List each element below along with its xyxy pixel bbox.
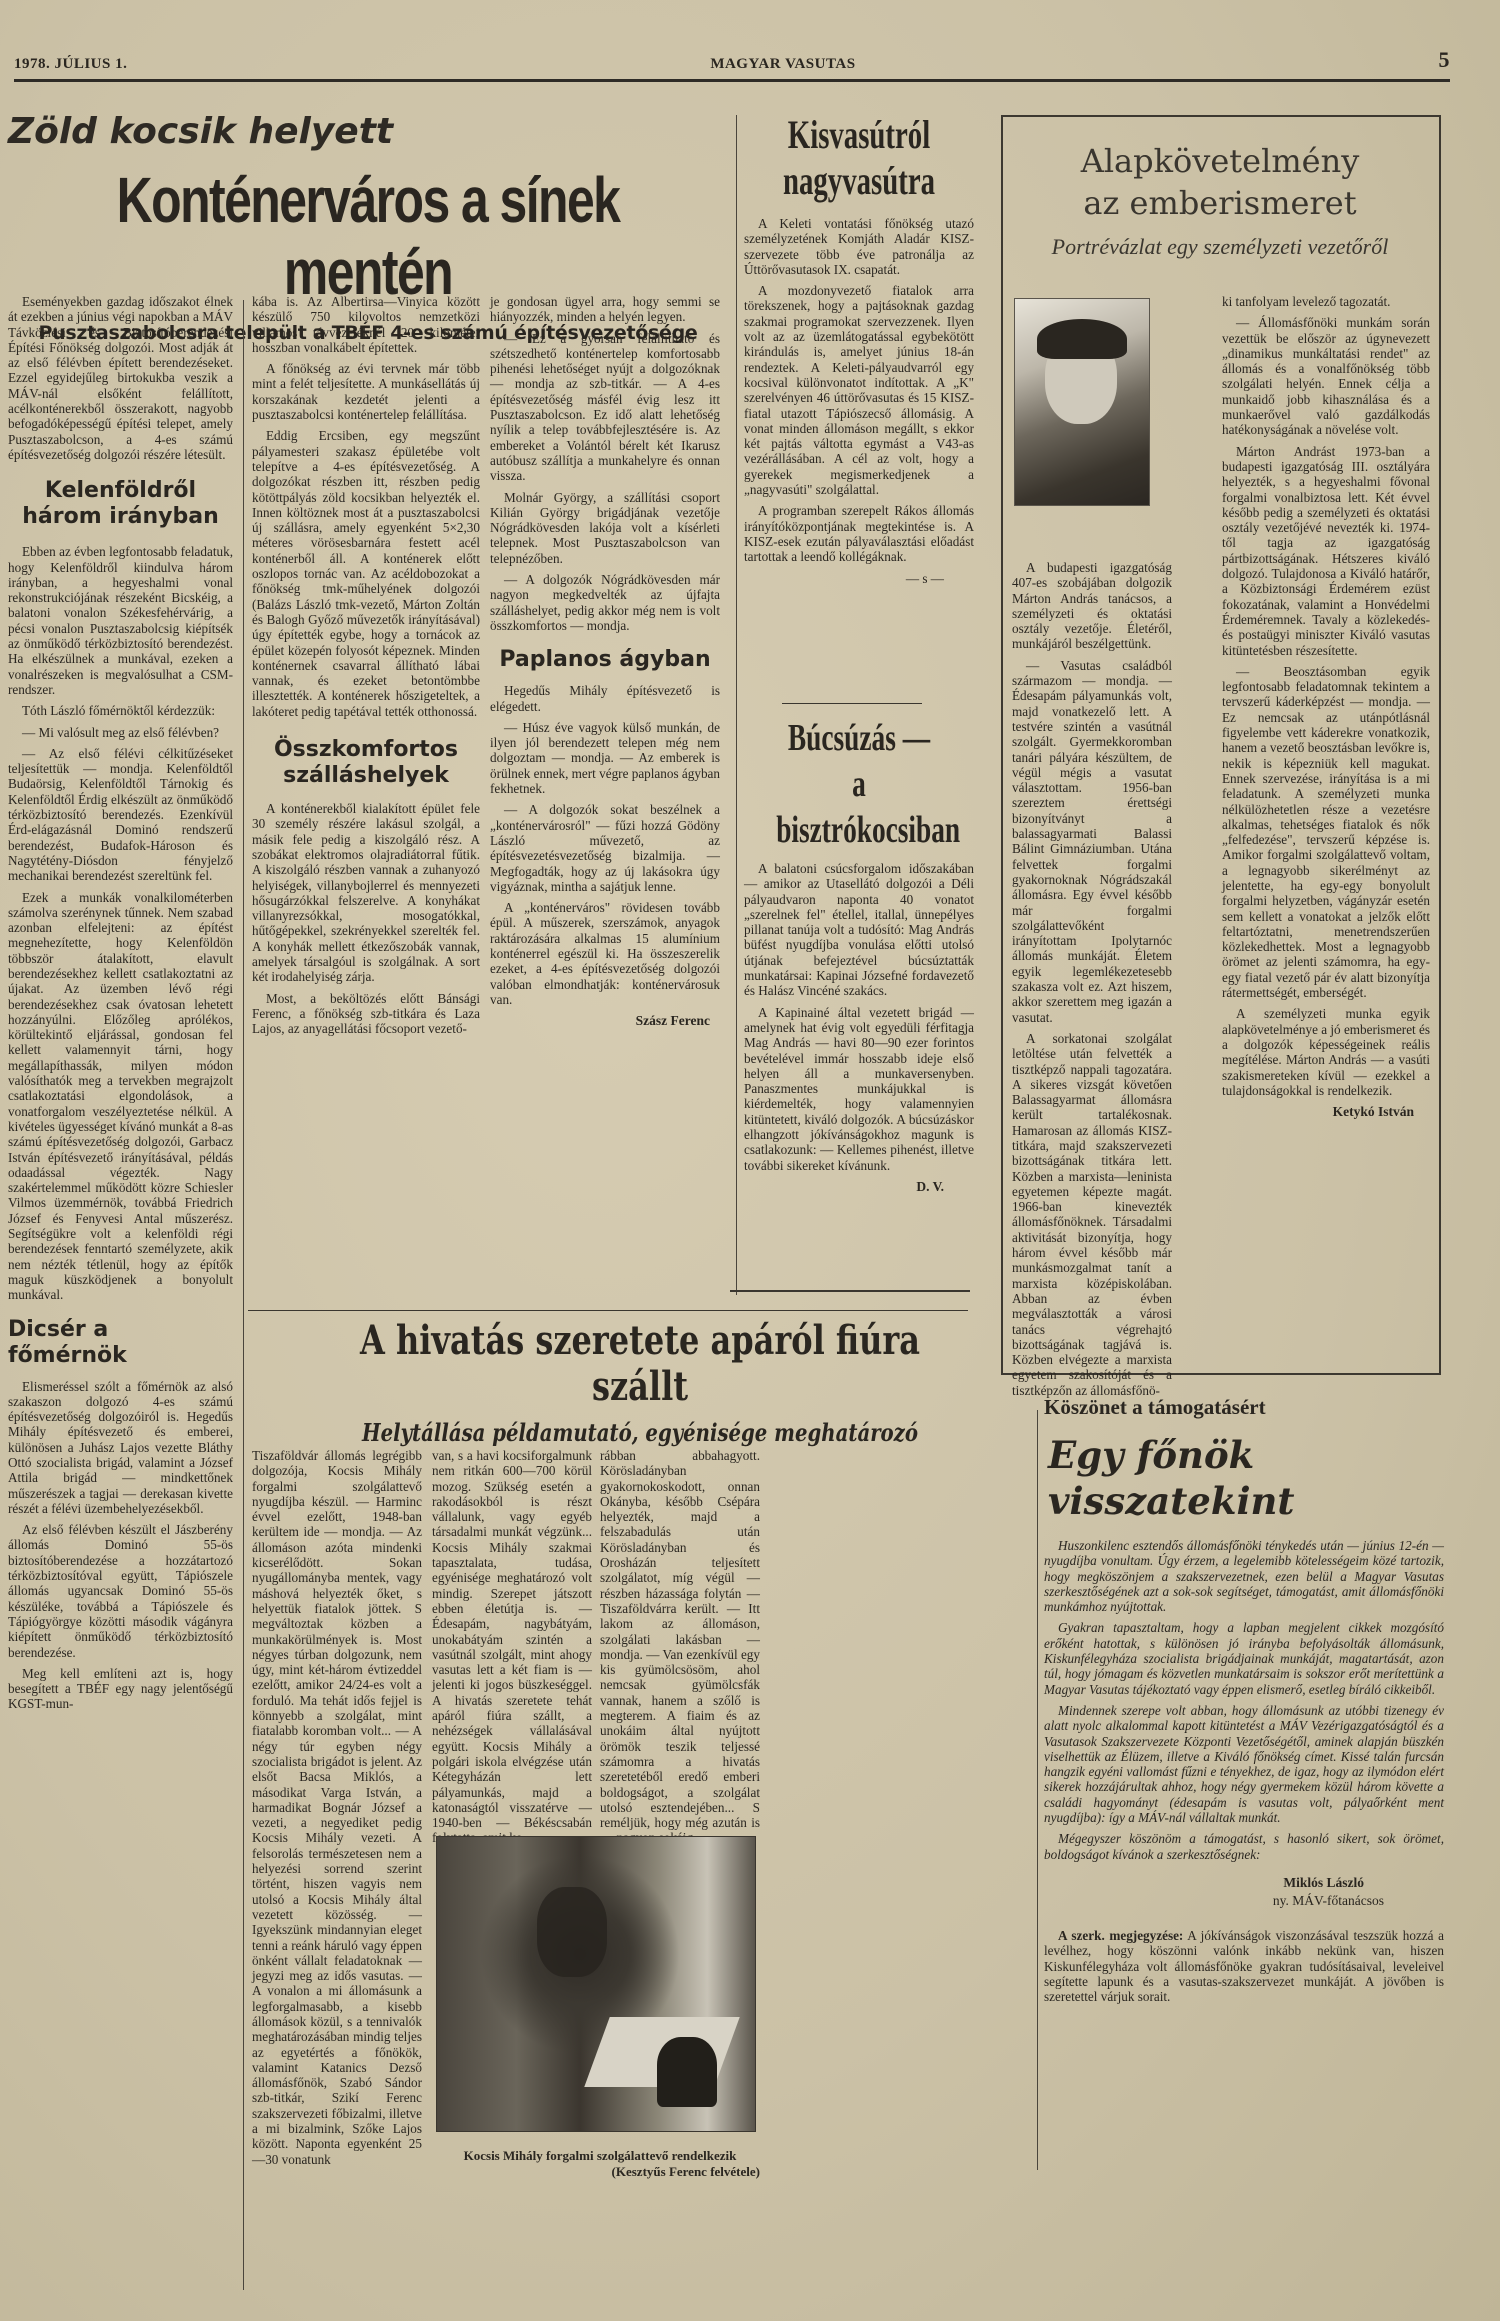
page-number: 5 bbox=[1439, 47, 1451, 73]
headline-line: Kisvasútról bbox=[776, 112, 942, 158]
portrait-hair bbox=[1037, 319, 1127, 359]
paragraph: ki tanfolyam levelező tagozatát. bbox=[1222, 294, 1430, 309]
issue-date: 1978. JÚLIUS 1. bbox=[14, 56, 127, 73]
paragraph: Tiszaföldvár állomás legrégibb dolgozója… bbox=[252, 1448, 422, 2167]
article5-column-2: van, s a havi kocsiforgalmunk nem ritkán… bbox=[432, 1448, 592, 1852]
paragraph: A Keleti vontatási főnökség utazó személ… bbox=[744, 216, 974, 277]
masthead: 1978. JÚLIUS 1. MAGYAR VASUTAS 5 bbox=[14, 52, 1450, 82]
paragraph: A főnökség az évi tervnek már több mint … bbox=[252, 361, 480, 422]
paragraph: A programban szerepelt Rákos állomás irá… bbox=[744, 503, 974, 564]
paragraph: — Ez a gyorsan felállítható és szétszedh… bbox=[490, 331, 720, 484]
article-egy-fonok: Köszönet a támogatásért Egy főnök vissza… bbox=[1044, 1395, 1444, 2010]
caption-text: Kocsis Mihály forgalmi szolgálattevő ren… bbox=[440, 2148, 760, 2164]
article4-column-b: ki tanfolyam levelező tagozatát. — Állom… bbox=[1222, 294, 1430, 1119]
paragraph: — A dolgozók Nógrádkövesden már nagyon m… bbox=[490, 572, 720, 633]
headline-line: a bisztrókocsiban bbox=[776, 761, 942, 853]
section-heading: Paplanos ágyban bbox=[490, 647, 720, 673]
paragraph: Huszonkilenc esztendős állomásfőnöki tén… bbox=[1044, 1538, 1444, 1614]
paragraph: A budapesti igazgatóság 407-es szobájába… bbox=[1012, 560, 1172, 652]
kicker: Zöld kocsik helyett bbox=[8, 112, 728, 152]
article1-column-2: kába is. Az Albertirsa—Vinyica között ké… bbox=[252, 294, 480, 1042]
paragraph: Eddig Ercsiben, egy megszűnt pályamester… bbox=[252, 428, 480, 719]
paragraph: kába is. Az Albertirsa—Vinyica között ké… bbox=[252, 294, 480, 355]
newspaper-page: 1978. JÚLIUS 1. MAGYAR VASUTAS 5 Zöld ko… bbox=[0, 0, 1500, 2321]
article5-column-1: Tiszaföldvár állomás legrégibb dolgozója… bbox=[252, 1448, 422, 2173]
paragraph: A konténerekből kialakított épület fele … bbox=[252, 801, 480, 985]
headline-line: az emberismeret bbox=[1010, 182, 1430, 224]
author-name: Miklós László bbox=[1044, 1874, 1364, 1892]
headline-line: Alapkövetelmény bbox=[1010, 140, 1430, 182]
byline: D. V. bbox=[744, 1179, 944, 1194]
paragraph: Eseményekben gazdag időszakot élnek át e… bbox=[8, 294, 233, 462]
section-heading: Összkomfortos szálláshelyek bbox=[252, 737, 480, 789]
paragraph: Gyakran tapasztaltam, hogy a lapban megj… bbox=[1044, 1620, 1444, 1696]
paragraph: A mozdonyvezető fiatalok arra törekszene… bbox=[744, 283, 974, 497]
article4-column-a: A budapesti igazgatóság 407-es szobájába… bbox=[1012, 560, 1172, 1404]
paragraph: Ezek a munkák vonalkilométerben számolva… bbox=[8, 890, 233, 1303]
paragraph: — Állomásfőnöki munkám során vezettük be… bbox=[1222, 315, 1430, 437]
article-body: A balatoni csúcsforgalom időszakában — a… bbox=[744, 861, 974, 1194]
article5-column-3: rábban abbahagyott. Körösladányban gyako… bbox=[600, 1448, 760, 1867]
subheadline: Helytállása példamutató, egyénisége megh… bbox=[320, 1418, 960, 1447]
section-heading: Kelenföldről három irányban bbox=[8, 478, 233, 530]
portrait-photo bbox=[1014, 298, 1150, 506]
subheadline: Portrévázlat egy személyzeti vezetőről bbox=[1010, 234, 1430, 260]
paragraph: Ebben az évben legfontosabb feladatuk, h… bbox=[8, 544, 233, 697]
byline: Ketykó István bbox=[1222, 1104, 1414, 1119]
paragraph: — Az első félévi célkitűzéseket teljesít… bbox=[8, 746, 233, 884]
article-hivatas: A hivatás szeretete apáról fiúra szállt … bbox=[250, 1318, 1030, 1447]
column-rule bbox=[736, 115, 737, 1295]
paragraph: A Kapinainé által vezetett brigád — amel… bbox=[744, 1005, 974, 1173]
article-alapkovetelmeny: Alapkövetelmény az emberismeret Portrévá… bbox=[1010, 140, 1430, 260]
headline: A hivatás szeretete apáról fiúra szállt bbox=[328, 1318, 952, 1410]
divider bbox=[248, 1310, 968, 1311]
station-office-photo bbox=[436, 1836, 756, 2132]
paragraph: — Beosztásomban egyik legfontosabb felad… bbox=[1222, 664, 1430, 1001]
paragraph: van, s a havi kocsiforgalmunk nem ritkán… bbox=[432, 1448, 592, 1846]
byline: Szász Ferenc bbox=[490, 1013, 710, 1028]
paragraph: Márton Andrást 1973-ban a budapesti igaz… bbox=[1222, 444, 1430, 658]
caption-credit: (Kesztyűs Ferenc felvétele) bbox=[440, 2164, 760, 2180]
section-heading: Dicsér a főmérnök bbox=[8, 1317, 233, 1369]
paragraph: Molnár György, a szállítási csoport Kili… bbox=[490, 490, 720, 566]
column-rule bbox=[243, 300, 244, 2290]
headline: Konténerváros a sínek mentén bbox=[87, 164, 649, 308]
editor-note: A szerk. megjegyzése: A jókívánságok vis… bbox=[1044, 1928, 1444, 2004]
article1-column-3: je gondosan ügyel arra, hogy semmi se hi… bbox=[490, 294, 720, 1028]
letter-body: Huszonkilenc esztendős állomásfőnöki tén… bbox=[1044, 1538, 1444, 1862]
headline: Alapkövetelmény az emberismeret bbox=[1010, 140, 1430, 224]
paragraph: rábban abbahagyott. Körösladányban gyako… bbox=[600, 1448, 760, 1846]
paragraph: — Mi valósult meg az első félévben? bbox=[8, 725, 233, 740]
paragraph: Meg kell említeni azt is, hogy besegítet… bbox=[8, 1666, 233, 1712]
divider bbox=[782, 703, 922, 704]
photo-telephone bbox=[657, 2037, 717, 2107]
paragraph: Elismeréssel szólt a főmérnök az alsó sz… bbox=[8, 1379, 233, 1517]
paragraph: Most, a beköltözés előtt Bánsági Ferenc,… bbox=[252, 991, 480, 1037]
headline: Kisvasútról nagyvasútra bbox=[776, 112, 942, 204]
paragraph: — Vasutas családból származom — mondja. … bbox=[1012, 658, 1172, 1025]
editor-note-label: A szerk. megjegyzése: bbox=[1058, 1928, 1183, 1943]
paragraph: je gondosan ügyel arra, hogy semmi se hi… bbox=[490, 294, 720, 325]
signature: Miklós László ny. MÁV-főtanácsos bbox=[1044, 1874, 1384, 1910]
paragraph: Mégegyszer köszönöm a támogatást, s haso… bbox=[1044, 1831, 1444, 1862]
byline: — s — bbox=[744, 571, 944, 586]
paragraph: Tóth László főmérnöktől kérdezzük: bbox=[8, 703, 233, 718]
paragraph: A balatoni csúcsforgalom időszakában — a… bbox=[744, 861, 974, 999]
article-bucsuzas: Búcsúzás — a bisztrókocsiban A balatoni … bbox=[744, 715, 974, 1194]
headline-line: nagyvasútra bbox=[776, 158, 942, 204]
paragraph: — Húsz éve vagyok külső munkán, de ilyen… bbox=[490, 720, 720, 796]
kicker: Köszönet a támogatásért bbox=[1044, 1395, 1444, 1420]
paragraph: Az első félévben készült el Jászberény á… bbox=[8, 1522, 233, 1660]
article-body: A Keleti vontatási főnökség utazó személ… bbox=[744, 216, 974, 586]
paragraph: A „konténerváros" rövidesen tovább épül.… bbox=[490, 900, 720, 1007]
headline: Búcsúzás — a bisztrókocsiban bbox=[776, 715, 942, 853]
article1-column-1: Eseményekben gazdag időszakot élnek át e… bbox=[8, 294, 233, 1718]
paragraph: A személyzeti munka egyik alapkövetelmén… bbox=[1222, 1006, 1430, 1098]
headline-line: Búcsúzás — bbox=[776, 715, 942, 761]
photo-figure bbox=[537, 1887, 607, 1977]
author-title: ny. MÁV-főtanácsos bbox=[1044, 1892, 1384, 1910]
article-kisvasutrol: Kisvasútról nagyvasútra A Keleti vontatá… bbox=[744, 112, 974, 586]
paragraph: A sorkatonai szolgálat letöltése után fe… bbox=[1012, 1031, 1172, 1398]
headline: Egy főnök visszatekint bbox=[1044, 1432, 1444, 1524]
photo-caption: Kocsis Mihály forgalmi szolgálattevő ren… bbox=[440, 2148, 760, 2180]
column-rule bbox=[1037, 1410, 1038, 2170]
divider bbox=[730, 1290, 970, 1292]
paper-title: MAGYAR VASUTAS bbox=[710, 56, 855, 73]
paragraph: — A dolgozók sokat beszélnek a „konténer… bbox=[490, 802, 720, 894]
paragraph: Mindennek szerepe volt abban, hogy állom… bbox=[1044, 1703, 1444, 1825]
paragraph: Hegedűs Mihály építésvezető is elégedett… bbox=[490, 683, 720, 714]
